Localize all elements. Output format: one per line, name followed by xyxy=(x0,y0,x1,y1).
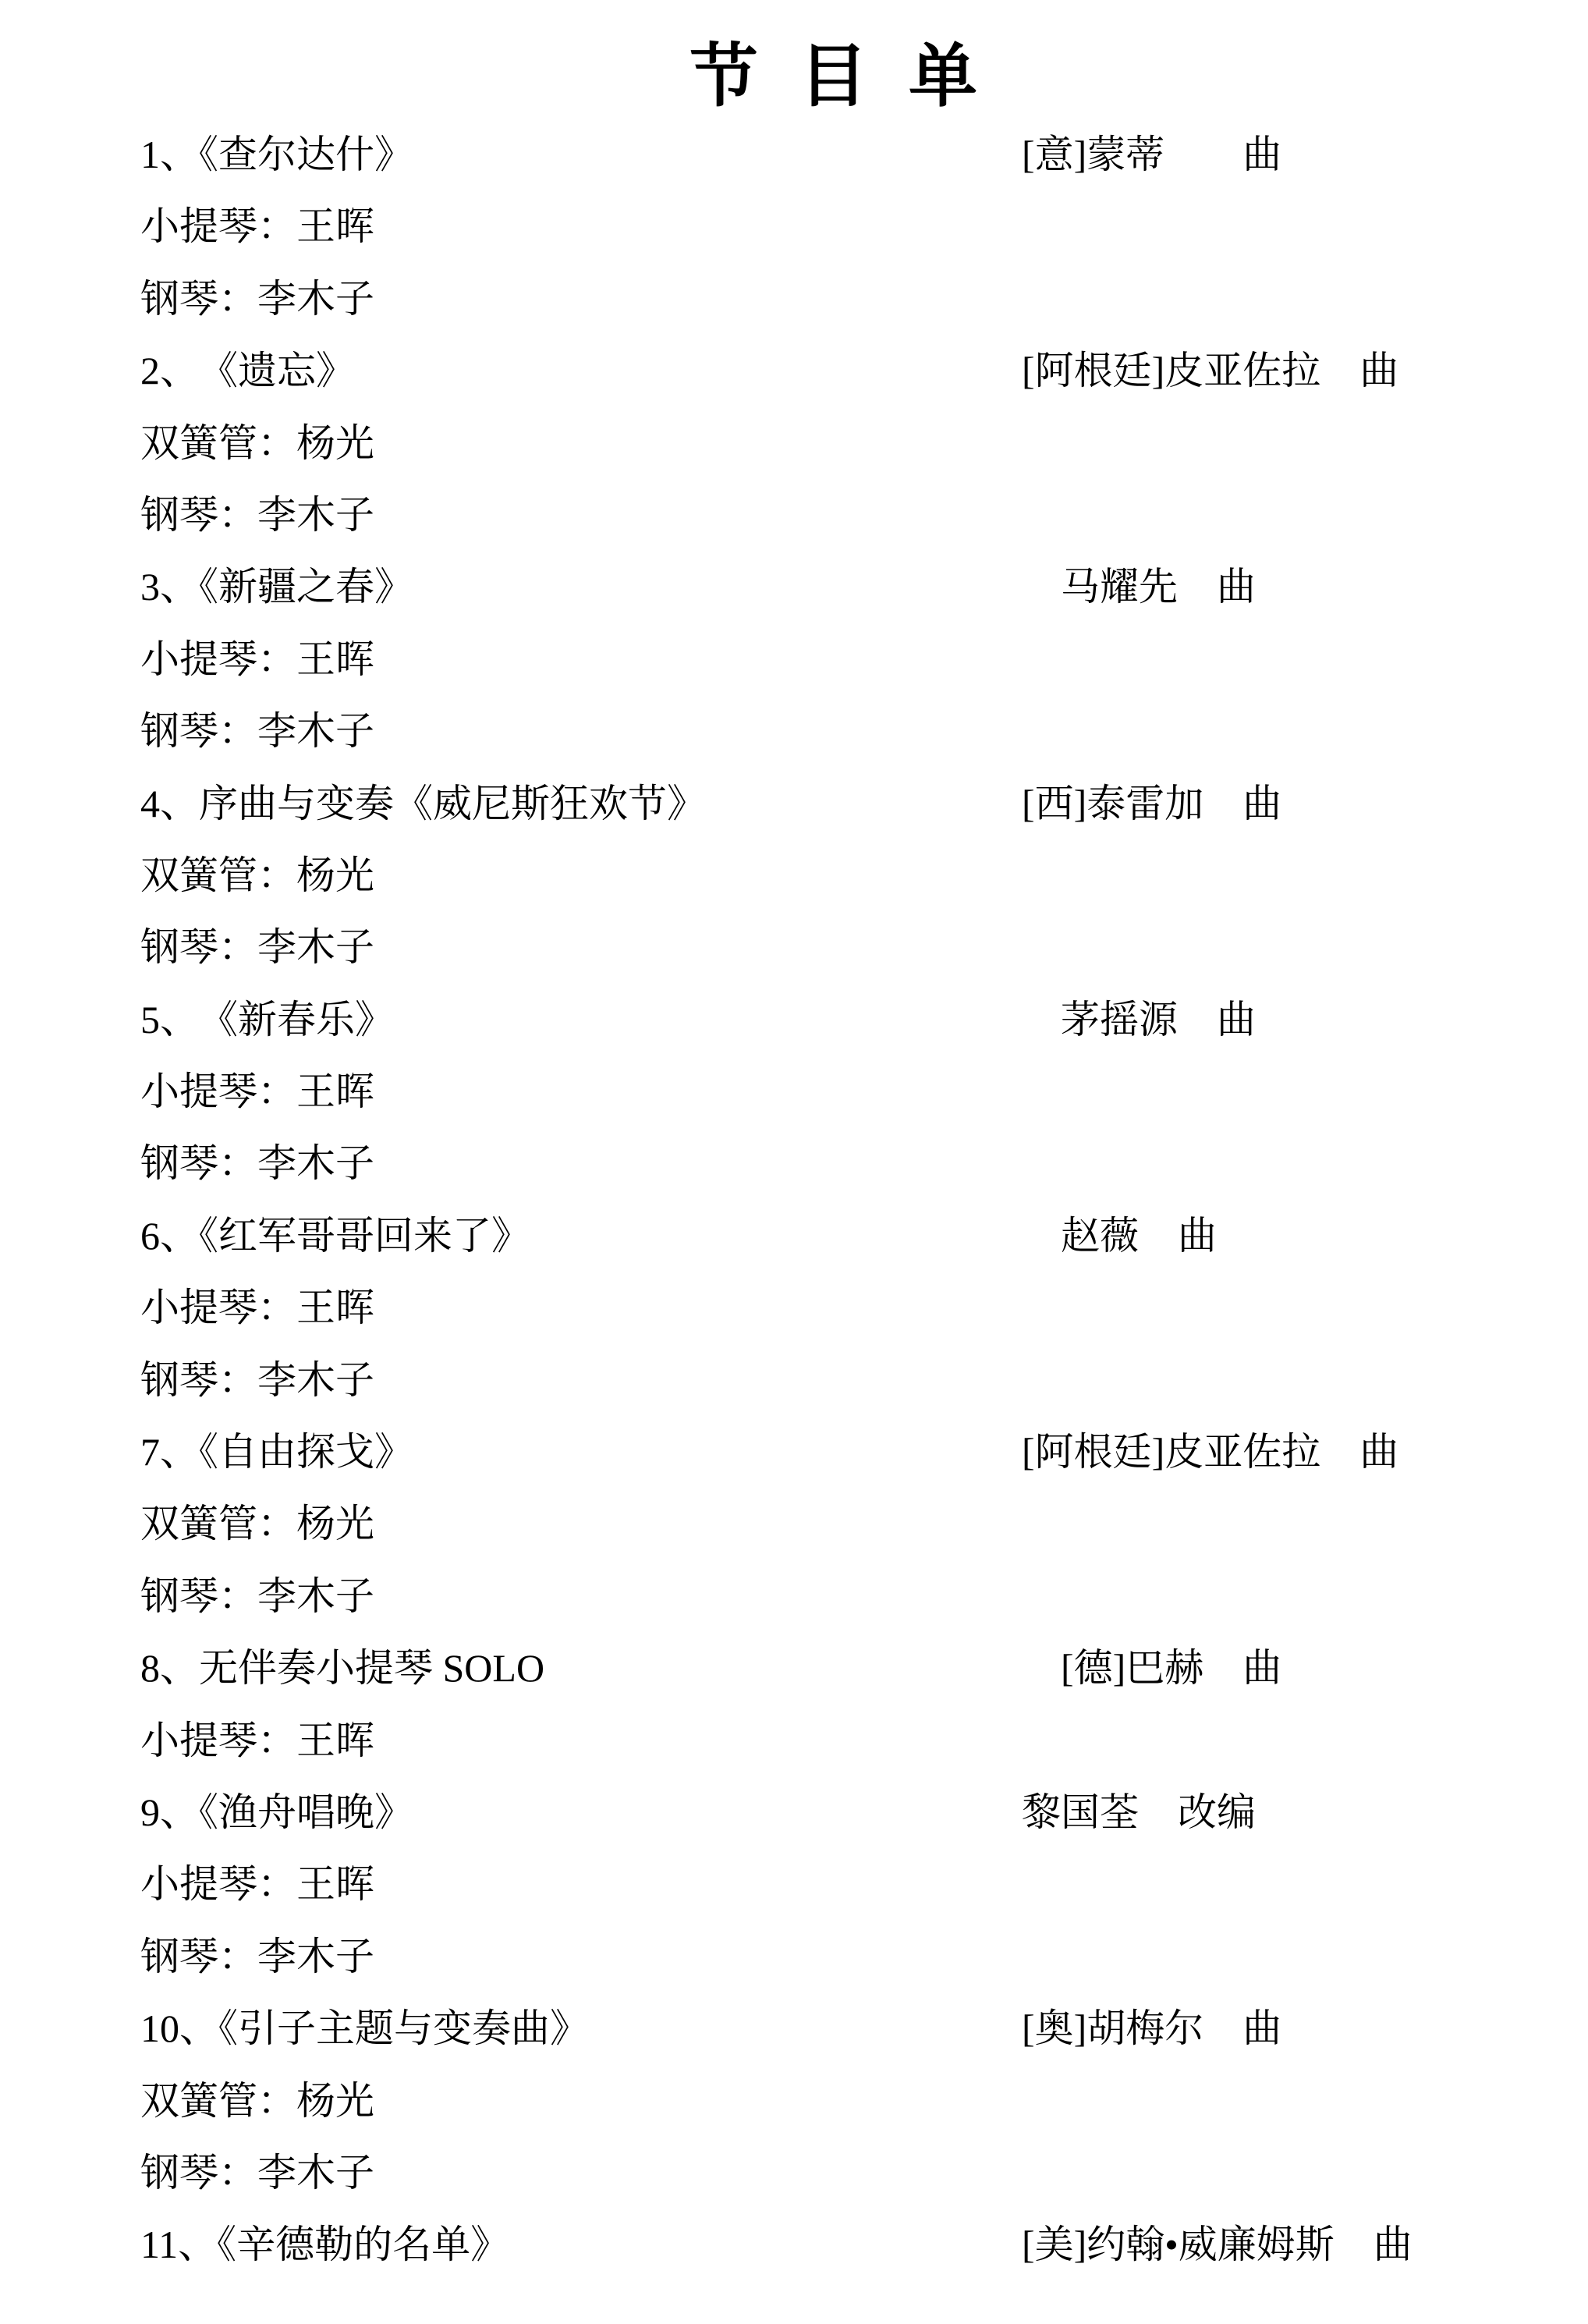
piece-heading: 11、《辛德勒的名单》[美]约翰•威廉姆斯 曲 xyxy=(0,2209,1588,2280)
piece-number: 6、 xyxy=(140,1214,199,1258)
piece-number: 8、 xyxy=(140,1646,199,1690)
performer-line: 钢琴：李木子 xyxy=(0,2137,1588,2209)
performer-line: 双簧管：杨光 xyxy=(0,1488,1588,1559)
piece-title: 《辛德勒的名单》 xyxy=(217,2223,509,2266)
program-entry: 8、无伴奏小提琴 SOLO [德]巴赫 曲小提琴：王晖 xyxy=(0,1632,1588,1776)
program-entry: 5、 《新春乐》 茅摇源 曲小提琴：王晖钢琴：李木子 xyxy=(0,984,1588,1200)
performer-line: 钢琴：李木子 xyxy=(0,479,1588,551)
composer-credit: [阿根廷]皮亚佐拉 曲 xyxy=(1022,1416,1398,1488)
piece-number: 1、 xyxy=(140,133,199,176)
performer-line: 双簧管：杨光 xyxy=(0,407,1588,479)
piece-heading: 2、 《遗忘》[阿根廷]皮亚佐拉 曲 xyxy=(0,335,1588,406)
performer-line: 小提琴：王晖 xyxy=(0,1705,1588,1776)
performer-line: 小提琴：王晖 xyxy=(0,1056,1588,1127)
program-document: 节 目 单 1、《查尔达什》[意]蒙蒂 曲小提琴：王晖钢琴：李木子2、 《遗忘》… xyxy=(0,0,1588,2324)
program-entry: 11、《辛德勒的名单》[美]约翰•威廉姆斯 曲 xyxy=(0,2209,1588,2280)
piece-heading: 7、《自由探戈》[阿根廷]皮亚佐拉 曲 xyxy=(0,1416,1588,1488)
piece-heading: 4、序曲与变奏《威尼斯狂欢节》[西]泰雷加 曲 xyxy=(0,768,1588,839)
piece-number: 4、 xyxy=(140,782,199,825)
composer-credit: [西]泰雷加 曲 xyxy=(1022,768,1281,839)
piece-title: 《渔舟唱晚》 xyxy=(199,1790,413,1834)
piece-title: 序曲与变奏《威尼斯狂欢节》 xyxy=(199,782,706,825)
performer-line: 双簧管：杨光 xyxy=(0,2065,1588,2137)
piece-number: 5、 xyxy=(140,998,179,1041)
piece-title: 《红军哥哥回来了》 xyxy=(199,1214,530,1258)
performer-line: 钢琴：李木子 xyxy=(0,695,1588,767)
performer-line: 钢琴：李木子 xyxy=(0,1344,1588,1416)
program-entry: 9、《渔舟唱晚》黎国荃 改编小提琴：王晖钢琴：李木子 xyxy=(0,1776,1588,1992)
piece-heading: 3、《新疆之春》 马耀先 曲 xyxy=(0,551,1588,623)
composer-credit: [意]蒙蒂 曲 xyxy=(1022,119,1281,190)
composer-credit: [美]约翰•威廉姆斯 曲 xyxy=(1022,2209,1413,2280)
piece-heading: 8、无伴奏小提琴 SOLO [德]巴赫 曲 xyxy=(0,1632,1588,1704)
program-entry: 4、序曲与变奏《威尼斯狂欢节》[西]泰雷加 曲双簧管：杨光钢琴：李木子 xyxy=(0,768,1588,984)
program-list: 1、《查尔达什》[意]蒙蒂 曲小提琴：王晖钢琴：李木子2、 《遗忘》[阿根廷]皮… xyxy=(0,119,1588,2281)
piece-title: 《新疆之春》 xyxy=(199,565,413,608)
performer-line: 小提琴：王晖 xyxy=(0,1272,1588,1343)
program-entry: 7、《自由探戈》[阿根廷]皮亚佐拉 曲双簧管：杨光钢琴：李木子 xyxy=(0,1416,1588,1632)
piece-title: 《引子主题与变奏曲》 xyxy=(218,2006,589,2050)
performer-line: 小提琴：王晖 xyxy=(0,190,1588,262)
program-entry: 10、《引子主题与变奏曲》[奥]胡梅尔 曲双簧管：杨光钢琴：李木子 xyxy=(0,1992,1588,2209)
performer-line: 钢琴：李木子 xyxy=(0,1127,1588,1199)
piece-number: 9、 xyxy=(140,1790,199,1834)
piece-number: 10、 xyxy=(140,2006,218,2050)
piece-heading: 9、《渔舟唱晚》黎国荃 改编 xyxy=(0,1776,1588,1848)
page-title: 节 目 单 xyxy=(0,31,1588,122)
piece-heading: 5、 《新春乐》 茅摇源 曲 xyxy=(0,984,1588,1056)
performer-line: 钢琴：李木子 xyxy=(0,1921,1588,1992)
composer-credit: 黎国荃 改编 xyxy=(1022,1776,1256,1848)
program-entry: 6、《红军哥哥回来了》 赵薇 曲小提琴：王晖钢琴：李木子 xyxy=(0,1200,1588,1416)
program-entry: 3、《新疆之春》 马耀先 曲小提琴：王晖钢琴：李木子 xyxy=(0,551,1588,767)
performer-line: 小提琴：王晖 xyxy=(0,623,1588,695)
piece-title: 《遗忘》 xyxy=(179,349,355,392)
piece-title: 《新春乐》 xyxy=(179,998,394,1041)
piece-heading: 6、《红军哥哥回来了》 赵薇 曲 xyxy=(0,1200,1588,1272)
program-entry: 2、 《遗忘》[阿根廷]皮亚佐拉 曲双簧管：杨光钢琴：李木子 xyxy=(0,335,1588,551)
performer-line: 钢琴：李木子 xyxy=(0,911,1588,983)
composer-credit: 赵薇 曲 xyxy=(1022,1200,1217,1272)
program-entry: 1、《查尔达什》[意]蒙蒂 曲小提琴：王晖钢琴：李木子 xyxy=(0,119,1588,335)
composer-credit: 茅摇源 曲 xyxy=(1022,984,1256,1056)
composer-credit: [阿根廷]皮亚佐拉 曲 xyxy=(1022,335,1398,406)
performer-line: 钢琴：李木子 xyxy=(0,263,1588,335)
piece-heading: 10、《引子主题与变奏曲》[奥]胡梅尔 曲 xyxy=(0,1992,1588,2064)
performer-line: 双簧管：杨光 xyxy=(0,839,1588,911)
performer-line: 钢琴：李木子 xyxy=(0,1560,1588,1632)
piece-title: 无伴奏小提琴 SOLO xyxy=(199,1646,544,1690)
composer-credit: [德]巴赫 曲 xyxy=(1022,1632,1281,1704)
piece-number: 2、 xyxy=(140,349,179,392)
piece-heading: 1、《查尔达什》[意]蒙蒂 曲 xyxy=(0,119,1588,190)
piece-number: 7、 xyxy=(140,1430,199,1474)
performer-line: 小提琴：王晖 xyxy=(0,1848,1588,1920)
piece-number: 11、 xyxy=(140,2223,217,2266)
piece-number: 3、 xyxy=(140,565,199,608)
piece-title: 《查尔达什》 xyxy=(199,133,413,176)
piece-title: 《自由探戈》 xyxy=(199,1430,413,1474)
composer-credit: [奥]胡梅尔 曲 xyxy=(1022,1992,1281,2064)
composer-credit: 马耀先 曲 xyxy=(1022,551,1256,623)
